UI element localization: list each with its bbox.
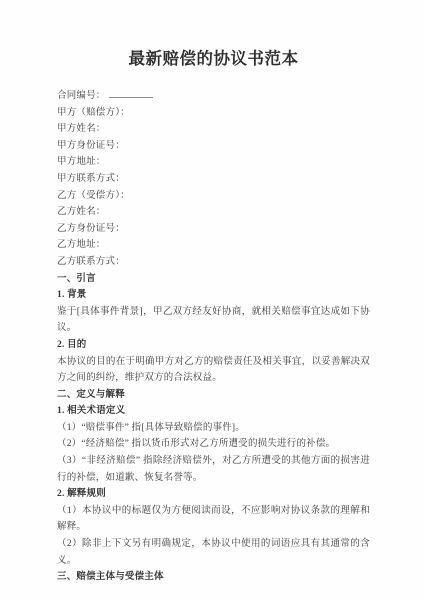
party-a-address-label-text: 甲方地址： [57,157,106,167]
section-2-2-heading-text: 2. 解释规则 [57,489,106,499]
party-b-name-label-text: 乙方姓名： [57,207,106,217]
document-title: 最新赔偿的协议书范本 [57,46,370,71]
section-1-heading-text: 一、引言 [57,274,96,284]
purpose-paragraph: 本协议的目的在于明确甲方对乙方的赔偿责任及相关事宜，以妥善解决双方之间的纠纷，维… [57,354,370,387]
interpretation-rule-2-text: （2）除非上下文另有明确规定，本协议中使用的词语应具有其通常的含义。 [57,539,370,566]
section-2-heading: 二、定义与解释 [57,387,370,404]
section-1-2-heading: 2. 目的 [57,337,370,354]
definition-item-1-text: （1）“赔偿事件” 指[具体导致赔偿的事件]。 [57,423,245,433]
party-a-name-label: 甲方姓名： [57,121,370,138]
party-b-name-label: 乙方姓名： [57,204,370,221]
definition-item-2: （2）“经济赔偿” 指以货币形式对乙方所遭受的损失进行的补偿。 [57,436,370,453]
party-b-role-label-text: 乙方（受偿方）： [57,191,130,201]
party-a-contact-label: 甲方联系方式： [57,171,370,188]
section-2-1-heading-text: 1. 相关术语定义 [57,406,125,416]
purpose-paragraph-text: 本协议的目的在于明确甲方对乙方的赔偿责任及相关事宜，以妥善解决双方之间的纠纷，维… [57,357,370,384]
party-a-id-label: 甲方身份证号： [57,138,370,155]
blank-underline [109,89,153,98]
party-a-id-label-text: 甲方身份证号： [57,141,125,151]
party-b-role-label: 乙方（受偿方）： [57,188,370,205]
party-a-role-label-text: 甲方（赔偿方）： [57,108,130,118]
interpretation-rule-1-text: （1）本协议中的标题仅为方便阅读而设，不应影响对协议条款的理解和解释。 [57,506,370,533]
party-b-id-label: 乙方身份证号： [57,221,370,238]
section-1-1-heading-text: 1. 背景 [57,290,87,300]
definition-item-2-text: （2）“经济赔偿” 指以货币形式对乙方所遭受的损失进行的补偿。 [57,439,335,449]
background-paragraph-text: 鉴于[具体事件背景]，甲乙双方经友好协商，就相关赔偿事宜达成如下协议。 [57,307,370,334]
party-a-contact-label-text: 甲方联系方式： [57,174,125,184]
party-b-address-label: 乙方地址： [57,237,370,254]
definition-item-3-text: （3）“非经济赔偿” 指除经济赔偿外，对乙方所遭受的其他方面的损害进行的补偿，如… [57,456,370,483]
document-body: 合同编号：甲方（赔偿方）：甲方姓名：甲方身份证号：甲方地址：甲方联系方式：乙方（… [57,88,370,586]
party-b-address-label-text: 乙方地址： [57,240,106,250]
party-b-contact-label-text: 乙方联系方式： [57,257,125,267]
section-2-1-heading: 1. 相关术语定义 [57,403,370,420]
section-1-1-heading: 1. 背景 [57,287,370,304]
contract-number-label-text: 合同编号： [57,91,106,101]
interpretation-rule-1: （1）本协议中的标题仅为方便阅读而设，不应影响对协议条款的理解和解释。 [57,503,370,536]
party-a-role-label: 甲方（赔偿方）： [57,105,370,122]
definition-item-1: （1）“赔偿事件” 指[具体导致赔偿的事件]。 [57,420,370,437]
background-paragraph: 鉴于[具体事件背景]，甲乙双方经友好协商，就相关赔偿事宜达成如下协议。 [57,304,370,337]
document-page: 最新赔偿的协议书范本 合同编号：甲方（赔偿方）：甲方姓名：甲方身份证号：甲方地址… [0,0,424,600]
section-1-2-heading-text: 2. 目的 [57,340,87,350]
section-3-heading: 三、赔偿主体与受偿主体 [57,569,370,586]
section-2-2-heading: 2. 解释规则 [57,486,370,503]
interpretation-rule-2: （2）除非上下文另有明确规定，本协议中使用的词语应具有其通常的含义。 [57,536,370,569]
section-3-heading-text: 三、赔偿主体与受偿主体 [57,572,164,582]
party-b-id-label-text: 乙方身份证号： [57,224,125,234]
contract-number-label: 合同编号： [57,88,370,105]
section-1-heading: 一、引言 [57,271,370,288]
definition-item-3: （3）“非经济赔偿” 指除经济赔偿外，对乙方所遭受的其他方面的损害进行的补偿，如… [57,453,370,486]
party-a-name-label-text: 甲方姓名： [57,124,106,134]
party-b-contact-label: 乙方联系方式： [57,254,370,271]
party-a-address-label: 甲方地址： [57,154,370,171]
section-2-heading-text: 二、定义与解释 [57,390,125,400]
